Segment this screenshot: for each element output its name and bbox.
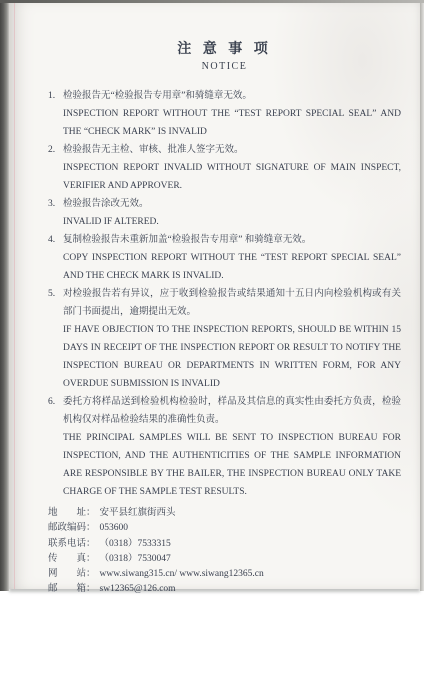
contact-row: 地 址： 安平县红旗街西头 [48, 506, 401, 521]
page-title-en: NOTICE [48, 61, 401, 72]
contact-value: （0318）7530047 [100, 552, 171, 567]
item-text-cn: 复制检验报告未重新加盖“检验报告专用章” 和骑缝章无效。 [63, 231, 401, 249]
item-number: 5. [48, 285, 63, 393]
item-text: 复制检验报告未重新加盖“检验报告专用章” 和骑缝章无效。 COPY INSPEC… [63, 231, 401, 285]
notice-item: 2. 检验报告无主检、审核、批准人签字无效。 INSPECTION REPORT… [48, 141, 401, 195]
contact-label: 地 址： [48, 506, 96, 521]
item-number: 4. [48, 231, 63, 285]
item-text-cn: 检验报告无“检验报告专用章”和骑缝章无效。 [63, 87, 401, 105]
item-text-en: THE PRINCIPAL SAMPLES WILL BE SENT TO IN… [63, 429, 401, 501]
item-text-en: IF HAVE OBJECTION TO THE INSPECTION REPO… [63, 321, 401, 393]
contact-label: 邮 箱： [48, 582, 96, 597]
notice-item: 3. 检验报告涂改无效。 INVALID IF ALTERED. [48, 195, 401, 231]
notice-page: 注 意 事 项 NOTICE 1. 检验报告无“检验报告专用章”和骑缝章无效。 … [9, 2, 420, 589]
contact-row: 联系电话： （0318）7533315 [48, 537, 401, 552]
item-text-cn: 对检验报告若有异议，应于收到检验报告或结果通知十五日内向检验机构或有关部门书面提… [63, 285, 401, 321]
item-number: 3. [48, 195, 63, 231]
contact-row: 网 站： www.siwang315.cn/ www.siwang12365.c… [48, 567, 401, 582]
contact-value: www.siwang315.cn/ www.siwang12365.cn [100, 567, 264, 582]
scanner-edge-right [420, 0, 424, 591]
notice-item: 6. 委托方将样品送到检验机构检验时，样品及其信息的真实性由委托方负责，检验机构… [48, 393, 401, 501]
item-text-en: INSPECTION REPORT INVALID WITHOUT SIGNAT… [63, 159, 401, 195]
page-title-cn: 注 意 事 项 [48, 42, 401, 58]
item-number: 6. [48, 393, 63, 501]
item-text-en: COPY INSPECTION REPORT WITHOUT THE “TEST… [63, 249, 401, 285]
item-text-cn: 检验报告无主检、审核、批准人签字无效。 [63, 141, 401, 159]
contact-row: 传 真： （0318）7530047 [48, 552, 401, 567]
page-margin-line [14, 2, 15, 589]
item-text: 检验报告无“检验报告专用章”和骑缝章无效。 INSPECTION REPORT … [63, 87, 401, 141]
contact-row: 邮 箱： sw12365@126.com [48, 582, 401, 597]
item-text: 对检验报告若有异议，应于收到检验报告或结果通知十五日内向检验机构或有关部门书面提… [63, 285, 401, 393]
item-number: 1. [48, 87, 63, 141]
item-text-cn: 检验报告涂改无效。 [63, 195, 401, 213]
notice-item: 5. 对检验报告若有异议，应于收到检验报告或结果通知十五日内向检验机构或有关部门… [48, 285, 401, 393]
scanner-edge-top [0, 0, 424, 3]
contact-row: 邮政编码： 053600 [48, 521, 401, 536]
scanner-edge-left [0, 0, 9, 591]
scanned-document: 注 意 事 项 NOTICE 1. 检验报告无“检验报告专用章”和骑缝章无效。 … [0, 0, 424, 700]
contact-list: 地 址： 安平县红旗街西头 邮政编码： 053600 联系电话： （0318）7… [48, 506, 401, 598]
notice-item: 1. 检验报告无“检验报告专用章”和骑缝章无效。 INSPECTION REPO… [48, 87, 401, 141]
item-text-cn: 委托方将样品送到检验机构检验时，样品及其信息的真实性由委托方负责，检验机构仅对样… [63, 393, 401, 429]
contact-label: 传 真： [48, 552, 96, 567]
item-text-en: INSPECTION REPORT WITHOUT THE “TEST REPO… [63, 105, 401, 141]
notice-item: 4. 复制检验报告未重新加盖“检验报告专用章” 和骑缝章无效。 COPY INS… [48, 231, 401, 285]
contact-label: 网 站： [48, 567, 96, 582]
contact-value: （0318）7533315 [100, 537, 171, 552]
item-text: 委托方将样品送到检验机构检验时，样品及其信息的真实性由委托方负责，检验机构仅对样… [63, 393, 401, 501]
notice-list: 1. 检验报告无“检验报告专用章”和骑缝章无效。 INSPECTION REPO… [48, 87, 401, 501]
contact-value: sw12365@126.com [100, 582, 176, 597]
contact-value: 053600 [100, 521, 129, 536]
item-text: 检验报告涂改无效。 INVALID IF ALTERED. [63, 195, 401, 231]
contact-label: 邮政编码： [48, 521, 96, 536]
item-text: 检验报告无主检、审核、批准人签字无效。 INSPECTION REPORT IN… [63, 141, 401, 195]
item-number: 2. [48, 141, 63, 195]
item-text-en: INVALID IF ALTERED. [63, 213, 401, 231]
contact-value: 安平县红旗街西头 [100, 506, 176, 521]
contact-label: 联系电话： [48, 537, 96, 552]
